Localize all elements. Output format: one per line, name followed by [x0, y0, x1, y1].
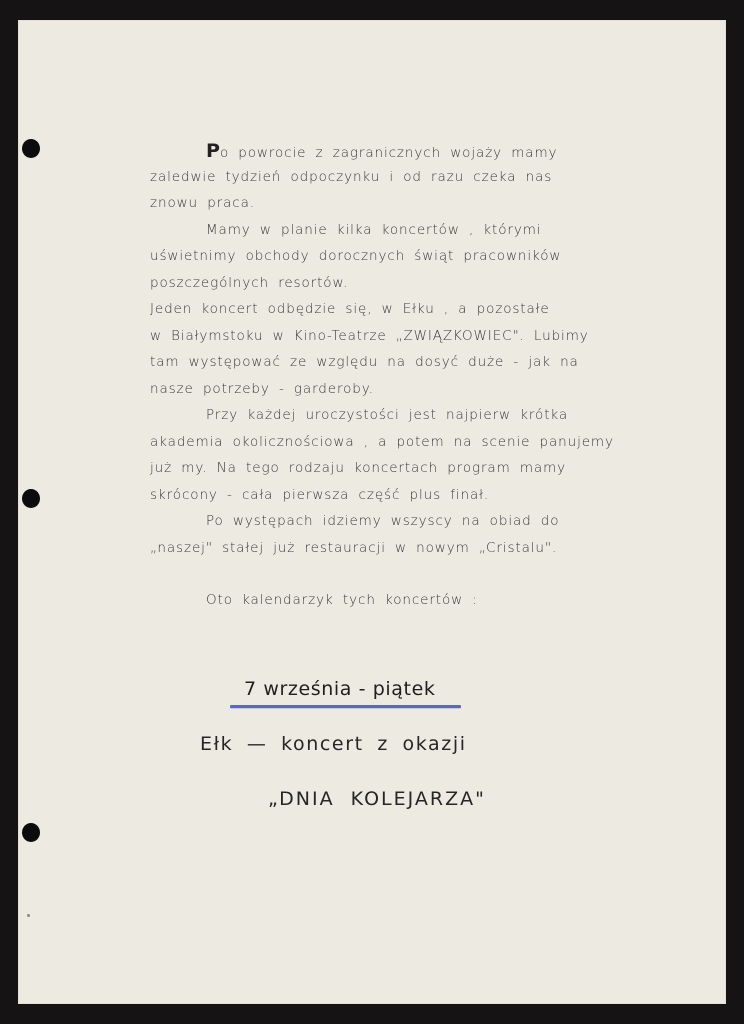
text-line: Oto kalendarzyk tych koncertów : [206, 592, 478, 608]
text-line: Po występach idziemy wszyscy na obiad do [206, 513, 559, 529]
punch-hole-middle [22, 489, 40, 508]
text-line: poszczególnych resortów. [150, 275, 348, 291]
drop-cap: P [206, 140, 220, 162]
text-line: akademia okolicznościowa , a potem na sc… [150, 434, 614, 450]
document-page [18, 20, 726, 1004]
paper-speck [27, 914, 30, 917]
text-line: zaledwie tydzień odpoczynku i od razu cz… [150, 169, 552, 185]
text-line: Po powrocie z zagranicznych wojaży mamy [206, 140, 557, 162]
text-line: „naszej" stałej już restauracji w nowym … [150, 540, 557, 556]
text-line: Przy każdej uroczystości jest najpierw k… [206, 407, 568, 423]
text-line: tam występować ze względu na dosyć duże … [150, 354, 579, 370]
punch-hole-bottom [22, 823, 40, 842]
text-line: skrócony - cała pierwsza część plus fina… [150, 487, 489, 503]
event-date-heading: 7 września - piątek [244, 678, 435, 700]
text-line: znowu praca. [150, 195, 255, 211]
text-line: w Białymstoku w Kino-Teatrze „ZWIĄZKOWIE… [150, 328, 589, 344]
text-line: już my. Na tego rodzaju koncertach progr… [150, 460, 566, 476]
heading-underline [230, 705, 461, 708]
text-line: uświetnimy obchody dorocznych świąt prac… [150, 248, 561, 264]
event-occasion: „DNIA KOLEJARZA" [268, 788, 486, 810]
event-description: Ełk — koncert z okazji [200, 733, 467, 755]
punch-hole-top [22, 139, 40, 158]
text-line: nasze potrzeby - garderoby. [150, 381, 374, 397]
text-line: Mamy w planie kilka koncertów , którymi [206, 222, 541, 238]
text-line: Jeden koncert odbędzie się, w Ełku , a p… [150, 301, 550, 317]
